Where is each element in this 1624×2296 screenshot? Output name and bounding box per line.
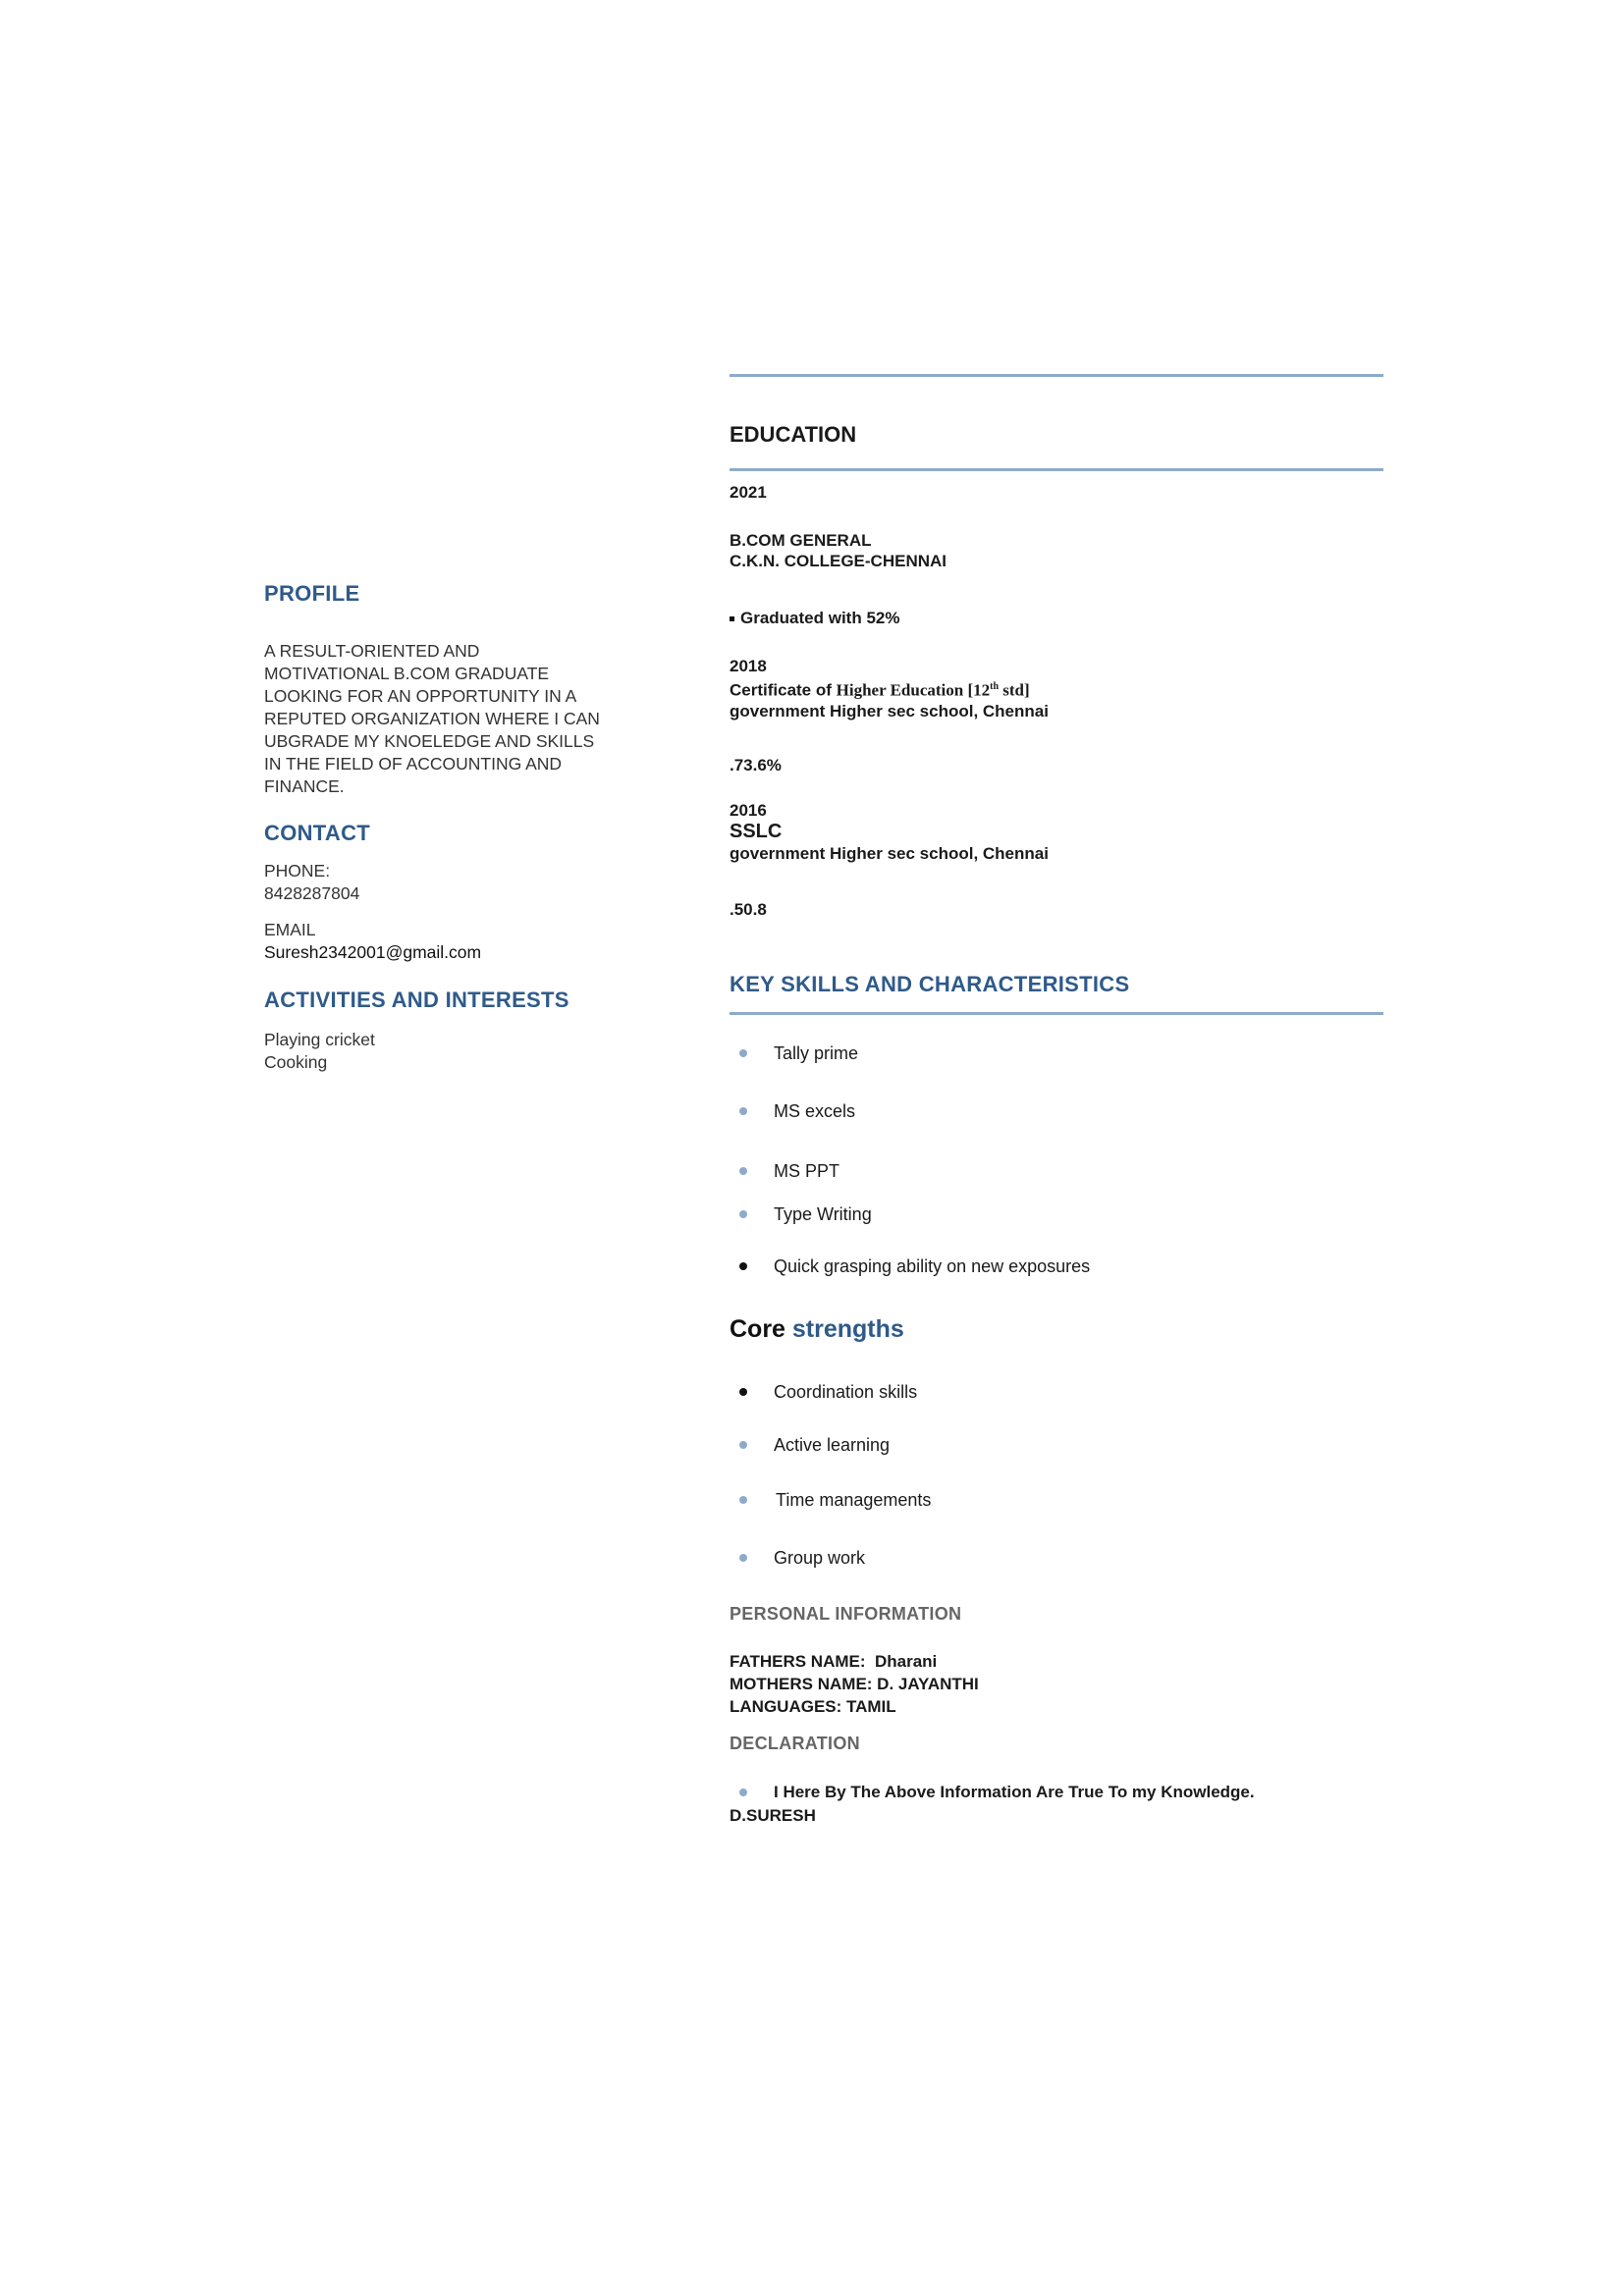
bullet-icon xyxy=(739,1441,747,1449)
bullet-icon xyxy=(739,1167,747,1175)
edu-result: Graduated with 52% xyxy=(730,609,1384,628)
education-divider xyxy=(730,468,1383,471)
edu-institution: C.K.N. COLLEGE-CHENNAI xyxy=(730,551,1384,571)
phone-number: 8428287804 xyxy=(264,882,637,905)
edu-degree: B.COM GENERAL xyxy=(730,530,1384,551)
top-divider xyxy=(730,374,1383,377)
edu-entry-hsc: 2018 Certificate of Higher Education [12… xyxy=(730,656,1384,721)
profile-summary: A RESULT-ORIENTED AND MOTIVATIONAL B.COM… xyxy=(264,640,637,798)
square-bullet-icon xyxy=(730,616,734,621)
activity-item: Playing cricket xyxy=(264,1029,637,1051)
profile-line: IN THE FIELD OF ACCOUNTING AND xyxy=(264,753,637,775)
edu-result: .73.6% xyxy=(730,756,1384,775)
bullet-icon xyxy=(739,1789,747,1796)
bullet-icon xyxy=(739,1210,747,1218)
fathers-name: FATHERS NAME: Dharani xyxy=(730,1650,1384,1673)
edu-year: 2018 xyxy=(730,656,1384,676)
mothers-name: MOTHERS NAME: D. JAYANTHI xyxy=(730,1673,1384,1695)
edu-institution: government Higher sec school, Chennai xyxy=(730,701,1384,721)
edu-degree: SSLC xyxy=(730,821,1384,843)
declaration-heading: DECLARATION xyxy=(730,1734,1384,1754)
edu-institution: government Higher sec school, Chennai xyxy=(730,843,1384,864)
phone-label: PHONE: xyxy=(264,860,637,882)
languages: LANGUAGES: TAMIL xyxy=(730,1695,1384,1718)
activities-heading: ACTIVITIES AND INTERESTS xyxy=(264,988,637,1013)
profile-line: UBGRADE MY KNOELEDGE AND SKILLS xyxy=(264,730,637,753)
skills-divider xyxy=(730,1012,1383,1015)
bullet-icon xyxy=(739,1554,747,1562)
personal-info-heading: PERSONAL INFORMATION xyxy=(730,1604,1384,1625)
contact-heading: CONTACT xyxy=(264,821,637,846)
edu-year: 2021 xyxy=(730,483,1384,503)
email-address: Suresh2342001@gmail.com xyxy=(264,941,637,964)
edu-result: .50.8 xyxy=(730,900,1384,920)
bullet-icon xyxy=(739,1388,747,1396)
profile-line: REPUTED ORGANIZATION WHERE I CAN xyxy=(264,708,637,730)
edu-entry-sslc: 2016 SSLC government Higher sec school, … xyxy=(730,800,1384,864)
bullet-icon xyxy=(739,1496,747,1504)
edu-entry-bcom: B.COM GENERAL C.K.N. COLLEGE-CHENNAI xyxy=(730,530,1384,571)
bullet-icon xyxy=(739,1049,747,1057)
education-heading: EDUCATION xyxy=(730,422,1384,448)
email-label: EMAIL xyxy=(264,919,637,941)
profile-heading: PROFILE xyxy=(264,581,637,607)
profile-line: MOTIVATIONAL B.COM GRADUATE xyxy=(264,663,637,685)
profile-line: FINANCE. xyxy=(264,775,637,798)
bullet-icon xyxy=(739,1107,747,1115)
edu-year: 2016 xyxy=(730,800,1384,821)
personal-info: FATHERS NAME: Dharani MOTHERS NAME: D. J… xyxy=(730,1650,1384,1718)
bullet-icon xyxy=(739,1262,747,1270)
profile-line: A RESULT-ORIENTED AND xyxy=(264,640,637,663)
profile-line: LOOKING FOR AN OPPORTUNITY IN A xyxy=(264,685,637,708)
strengths-heading: Core strengths xyxy=(730,1315,1384,1344)
activity-item: Cooking xyxy=(264,1051,637,1074)
signature: D.SURESH xyxy=(730,1806,1384,1826)
skills-heading: KEY SKILLS AND CHARACTERISTICS xyxy=(730,972,1384,997)
edu-degree: Certificate of Higher Education [12th st… xyxy=(730,676,1384,701)
